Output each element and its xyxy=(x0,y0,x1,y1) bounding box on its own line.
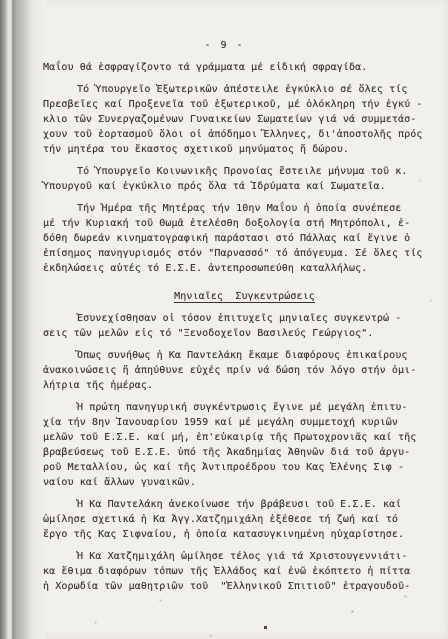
binding-edge xyxy=(0,0,46,639)
text-line: δόθη δωρεάν κινηματογραφική παράστασι στ… xyxy=(43,231,418,246)
text-line: τήν μητέρα του ἕκαστος σχετικοῦ μηνύματο… xyxy=(43,142,418,157)
text-line: Τό Ὑπουργεῖο Κοινωνικῆς Προνοίας ἔστειλε… xyxy=(43,164,418,179)
paragraph: Τό Ὑπουργεῖο Κοινωνικῆς Προνοίας ἔστειλε… xyxy=(43,164,418,194)
paragraph: Μαΐου θά ἐσφραγίζοντο τά γράμματα μέ εἰδ… xyxy=(43,60,418,75)
text-line: ροῦ Μεταλλίου, ὡς καί τῆς Ἀντιπροέδρου τ… xyxy=(43,460,418,475)
text-line: μελῶν τοῦ Ε.Σ.Ε. καί μή, ἐπ'εὐκαιρίᾳ τῆς… xyxy=(43,430,418,445)
text-line: Ἡ πρώτη πανηγυρική συγκέντρωσις ἔγινε μέ… xyxy=(43,400,418,415)
paragraph: Ἡ Κα Χατζημιχάλη ὡμίλησε τέλος γιά τά Χρ… xyxy=(43,549,418,594)
text-line: λήτρια τῆς ἡμέρας. xyxy=(43,378,418,393)
paragraph: Ἡ Κα Παντελάκη ἀνεκοίνωσε τήν βράβευσι τ… xyxy=(43,497,418,542)
paragraph: Τήν Ἡμέρα τῆς Μητέρας τήν 10ην Μαΐου ἡ ὁ… xyxy=(43,201,418,276)
text-line: Ἐσυνεχίσθησαν οἱ τόσον ἐπιτυχεῖς μηνιαῖε… xyxy=(43,311,418,326)
text-line: κλιο τῶν Συνεργαζομένων Γυναικείων Σωματ… xyxy=(43,112,418,127)
text-line: Ἡ Κα Παντελάκη ἀνεκοίνωσε τήν βράβευσι τ… xyxy=(43,497,418,512)
section-heading: Μηνιαῖες Συγκεντρώσεις xyxy=(57,289,432,304)
paper-specks xyxy=(0,0,1,1)
text-line: βραβεύσεως τοῦ Ε.Σ.Ε. ὑπό τῆς Ἀκαδημίας … xyxy=(43,445,418,460)
text-line: Ὅπως συνήθως ἡ Κα Παντελάκη ἔκαμε διαφόρ… xyxy=(43,348,418,363)
paragraph: Τό Ὑπουργεῖο Ἐξωτερικῶν ἀπέστειλε ἐγκύκλ… xyxy=(43,82,418,157)
text-line: Μαΐου θά ἐσφραγίζοντο τά γράμματα μέ εἰδ… xyxy=(43,60,418,75)
scanned-page: - 9 - Μαΐου θά ἐσφραγίζοντο τά γράμματα … xyxy=(0,0,448,639)
text-line: ἀνακοινώσεις ἤ ἀπηύθυνε εὐχές πρίν νά δώ… xyxy=(43,363,418,378)
text-line: σεις τῶν μελῶν εἰς τό "Ξενοδοχεῖον Βασιλ… xyxy=(43,326,418,341)
text-line: μέ τήν Κυριακή τοῦ Θωμᾶ ἐτελέσθη δοξολογ… xyxy=(43,216,418,231)
paragraph: Ὅπως συνήθως ἡ Κα Παντελάκη ἔκαμε διαφόρ… xyxy=(43,348,418,393)
text-line: κα ἔθιμα διαφόρων τόπων τῆς Ἑλλάδος καί … xyxy=(43,564,418,579)
text-line: χία τήν 8ην Ἰανουαρίου 1959 καί μέ μεγάλ… xyxy=(43,415,418,430)
paragraph: Ἐσυνεχίσθησαν οἱ τόσον ἐπιτυχεῖς μηνιαῖε… xyxy=(43,311,418,341)
text-line: ὡμίλησε σχετικά ἡ Κα Ἀγγ.Χατζημιχάλη ἐξέ… xyxy=(43,512,418,527)
text-line: ἔργο τῆς Κας Σιφναίου, ἡ ὁποία κατασυγκι… xyxy=(43,527,418,542)
text-line: ναίου καί ἄλλων γυναικῶν. xyxy=(43,475,418,490)
text-line: Πρεσβεῖες καί Προξενεῖα τοῦ ἐξωτερικοῦ, … xyxy=(43,97,418,112)
text-line: Τό Ὑπουργεῖο Ἐξωτερικῶν ἀπέστειλε ἐγκύκλ… xyxy=(43,82,418,97)
text-line: χουν τοῦ ἑορτασμοῦ ὅλοι οἱ ἀπόδημοι Ἕλλη… xyxy=(43,127,418,142)
text-line: ἡ Χορωδία τῶν μαθητριῶν τοῦ "Ἑλληνικοῦ Σ… xyxy=(43,579,418,594)
text-line: ἐκδηλώσεις αὐτές τό Ε.Σ.Ε. ἀντεπροσωπεύθ… xyxy=(43,261,418,276)
text-line: Ἡ Κα Χατζημιχάλη ὡμίλησε τέλος γιά τά Χρ… xyxy=(43,549,418,564)
document-body: Μαΐου θά ἐσφραγίζοντο τά γράμματα μέ εἰδ… xyxy=(43,60,418,594)
page-number: - 9 - xyxy=(37,38,412,53)
text-line: ἐπίσημος πανηγυρισμός στόν "Παρνασσό" τό… xyxy=(43,246,418,261)
text-line: Τήν Ἡμέρα τῆς Μητέρας τήν 10ην Μαΐου ἡ ὁ… xyxy=(43,201,418,216)
text-line: Ὑπουργοῦ καί ἐγκύκλιο πρός ὅλα τά Ἱδρύμα… xyxy=(43,179,418,194)
page-content: - 9 - Μαΐου θά ἐσφραγίζοντο τά γράμματα … xyxy=(43,38,418,594)
paragraph: Ἡ πρώτη πανηγυρική συγκέντρωσις ἔγινε μέ… xyxy=(43,400,418,490)
